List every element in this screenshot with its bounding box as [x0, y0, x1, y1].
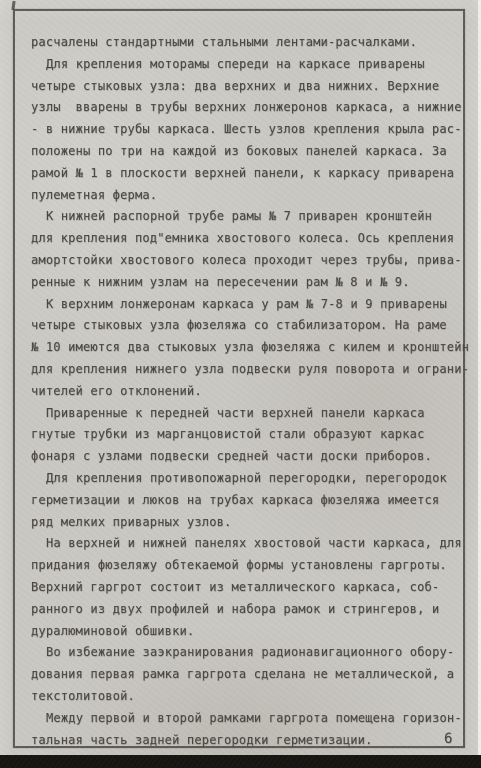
text-line: К нижней распорной трубе рамы № 7 привар…	[31, 206, 463, 228]
paragraph: Для крепления моторамы спереди на каркас…	[31, 54, 463, 207]
text-line: четыре стыковых узла: два верхних и два …	[31, 76, 463, 98]
text-line: На верхней и нижней панелях хвостовой ча…	[31, 533, 463, 555]
text-line: дования первая рамка гаргрота сделана не…	[31, 664, 463, 686]
text-line: положены по три на каждой из боковых пан…	[31, 141, 463, 163]
text-line: Для крепления противопожарной перегородк…	[31, 468, 463, 490]
text-line: Между первой и второй рамками гаргрота п…	[31, 708, 463, 730]
text-line: четыре стыковых узла фюзеляжа со стабили…	[31, 315, 463, 337]
text-line: чителей его отклонений.	[31, 381, 463, 403]
text-line: гнутые трубки из марганцовистой стали об…	[31, 424, 463, 446]
paragraph: Приваренные к передней части верхней пан…	[31, 403, 463, 468]
text-line: амортстойки хвостового колеса проходит ч…	[31, 250, 463, 272]
text-line: пулеметная ферма.	[31, 185, 463, 207]
text-line: фонаря с узлами подвески средней части д…	[31, 446, 463, 468]
paragraph: Между первой и второй рамками гаргрота п…	[31, 708, 463, 752]
text-line: тальная часть задней перегородки гермети…	[31, 730, 463, 752]
text-line: ранного из двух профилей и набора рамок …	[31, 599, 463, 621]
scan-bottom-band	[0, 755, 481, 768]
text-line: Для крепления моторамы спереди на каркас…	[31, 54, 463, 76]
text-line: ренные к нижним узлам на пересечении рам…	[31, 272, 463, 294]
text-line: К верхним лонжеронам каркаса у рам № 7-8…	[31, 294, 463, 316]
paragraph: Для крепления противопожарной перегородк…	[31, 468, 463, 533]
text-line: Верхний гаргрот состоит из металлическог…	[31, 577, 463, 599]
text-line: герметизации и люков на трубах каркаса ф…	[31, 490, 463, 512]
text-line: узлы вварены в трубы верхних лонжеронов …	[31, 97, 463, 119]
page-number: 6	[444, 731, 452, 747]
text-line: придания фюзеляжу обтекаемой формы устан…	[31, 555, 463, 577]
paragraph: К верхним лонжеронам каркаса у рам № 7-8…	[31, 294, 463, 403]
text-line: рамой № 1 в плоскости верхней панели, к …	[31, 163, 463, 185]
text-line: для крепления нижнего узла подвески руля…	[31, 359, 463, 381]
text-line: Приваренные к передней части верхней пан…	[31, 403, 463, 425]
text-line: № 10 имеются два стыковых узла фюзеляжа …	[31, 337, 463, 359]
paragraph: расчалены стандартными стальными лентами…	[31, 32, 463, 54]
text-line: - в нижние трубы каркаса. Шесть узлов кр…	[31, 119, 463, 141]
paragraph: Во избежание заэкранирования радионавига…	[31, 642, 463, 707]
text-line: ряд мелких приварных узлов.	[31, 512, 463, 534]
scanned-document-page: расчалены стандартными стальными лентами…	[0, 0, 481, 768]
text-line: текстолитовой.	[31, 686, 463, 708]
paragraph: К нижней распорной трубе рамы № 7 привар…	[31, 206, 463, 293]
document-text: расчалены стандартными стальными лентами…	[31, 32, 463, 751]
text-line: для крепления под"емника хвостового коле…	[31, 228, 463, 250]
paragraph: На верхней и нижней панелях хвостовой ча…	[31, 533, 463, 642]
text-line: расчалены стандартными стальными лентами…	[31, 32, 463, 54]
text-line: Во избежание заэкранирования радионавига…	[31, 642, 463, 664]
text-line: дуралюминовой обшивки.	[31, 621, 463, 643]
